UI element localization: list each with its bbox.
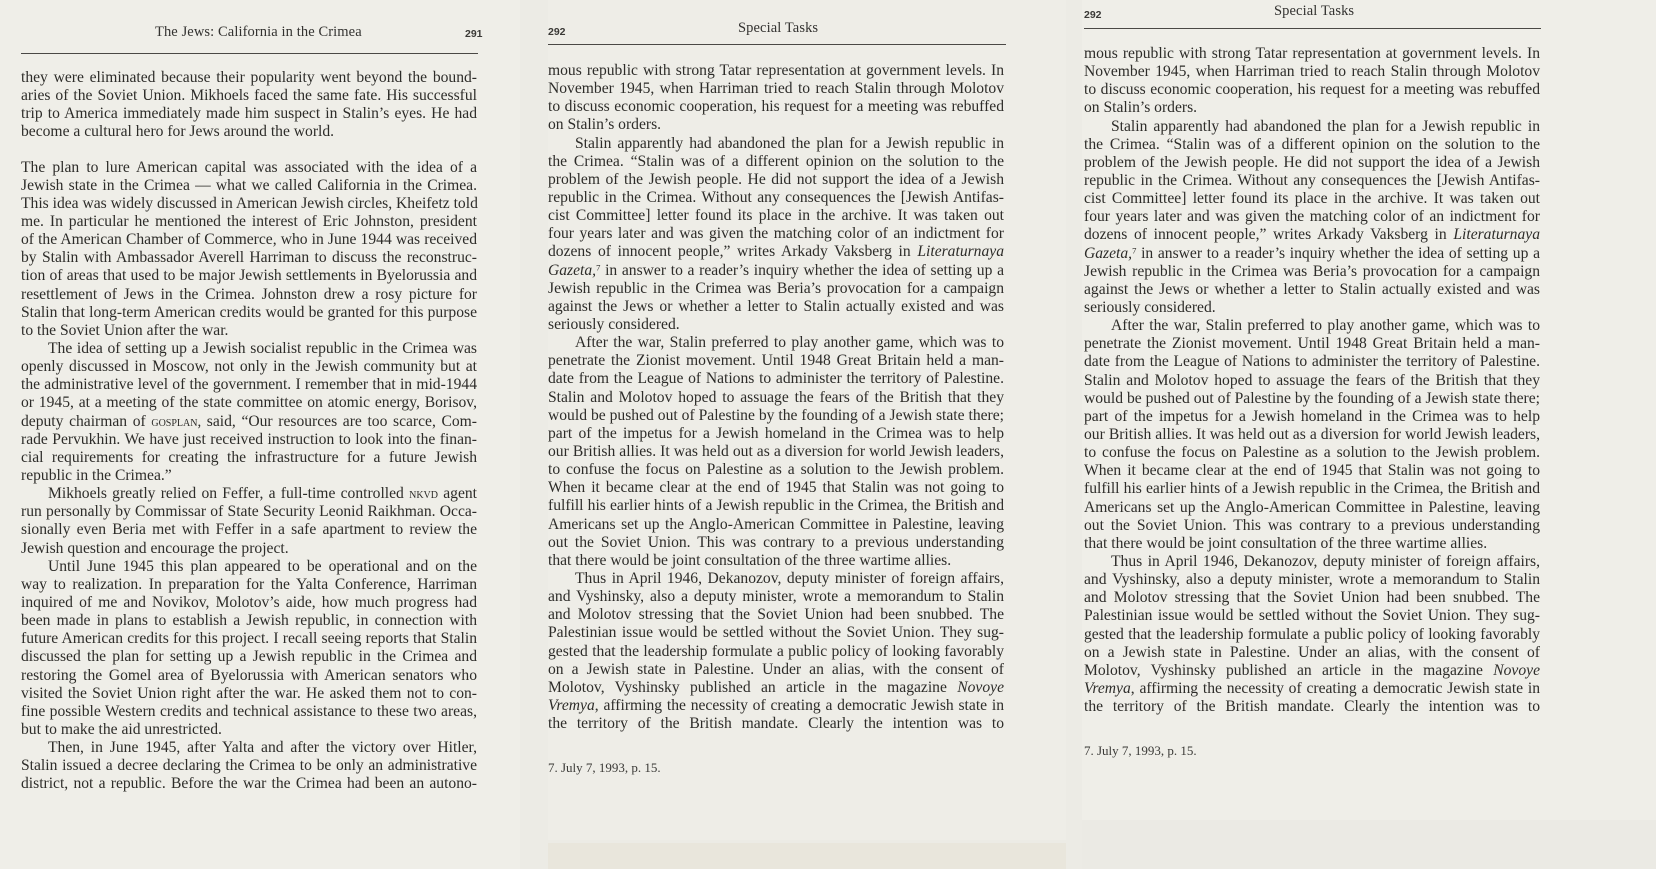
text-line: deputy chairman of gosplan, said, “Our r… — [21, 413, 477, 431]
text-line: to the Soviet Union after the war. — [21, 322, 477, 340]
text-line: Stalin that long-term American credits w… — [21, 304, 477, 322]
text-line: Jewish state in the Crimea — what we cal… — [21, 177, 477, 195]
text-line: Jewish republic in the Crimea was Beria’… — [548, 280, 1004, 298]
text-line: fulfill his earlier hints of a Jewish re… — [1084, 480, 1540, 498]
text-line: of the American Chamber of Commerce, who… — [21, 231, 477, 249]
text-line: way to realization. In preparation for t… — [21, 576, 477, 594]
text-line: against the Jews or whether a letter to … — [548, 298, 1004, 316]
text-line: restoring the Gomel area of Byelorussia … — [21, 667, 477, 685]
text-line: and Vyshinsky, also a deputy minister, w… — [1084, 571, 1540, 589]
text-line: Jewish republic in the Crimea was Beria’… — [1084, 263, 1540, 281]
text-line: run personally by Commissar of State Sec… — [21, 503, 477, 521]
page-number: 292 — [548, 26, 566, 38]
text-line: resettlement of Jews in the Crimea. John… — [21, 286, 477, 304]
text-line: would be pushed out of Palestine by the … — [1084, 390, 1540, 408]
text-line: on a Jewish state in Palestine. Under an… — [548, 661, 1004, 679]
text-line: cial requirements for creating the infra… — [21, 449, 477, 467]
text-line: and Molotov stressing that the Soviet Un… — [1084, 589, 1540, 607]
text-line: our British allies. It was held out as a… — [548, 443, 1004, 461]
text-line: seriously considered. — [1084, 299, 1540, 317]
text-line: date from the League of Nations to admin… — [548, 370, 1004, 388]
body-text: mous republic with strong Tatar represen… — [548, 62, 1004, 733]
text-line: dozens of innocent people,” writes Arkad… — [548, 243, 1004, 261]
text-line: After the war, Stalin preferred to play … — [1084, 317, 1540, 335]
text-line: out the Soviet Union. This was contrary … — [1084, 517, 1540, 535]
text-line: four years later and was given the match… — [548, 225, 1004, 243]
text-line: seriously considered. — [548, 316, 1004, 334]
text-line: November 1945, when Harriman tried to re… — [548, 80, 1004, 98]
text-line: republic in the Crimea.” — [21, 467, 477, 485]
header-rule — [548, 44, 1006, 45]
text-line: gested that the leadership formulate a p… — [1084, 626, 1540, 644]
text-line: Until June 1945 this plan appeared to be… — [21, 558, 477, 576]
page-number: 291 — [465, 28, 483, 40]
text-line: the territory of the British mandate. Cl… — [548, 715, 1004, 733]
text-line: the Crimea. “Stalin was of a different o… — [1084, 136, 1540, 154]
text-line: that there would be joint consultation o… — [548, 552, 1004, 570]
text-line: part of the impetus for a Jewish homelan… — [1084, 408, 1540, 426]
book-page-292-duplicate: 292 Special Tasks mous republic with str… — [1082, 0, 1656, 820]
text-line: fulfill his earlier hints of a Jewish re… — [548, 497, 1004, 515]
text-line: Thus in April 1946, Dekanozov, deputy mi… — [1084, 553, 1540, 571]
text-line: they were eliminated because their popul… — [21, 69, 477, 87]
text-line: our British allies. It was held out as a… — [1084, 426, 1540, 444]
text-line: discussed the plan for setting up a Jewi… — [21, 648, 477, 666]
text-line: mous republic with strong Tatar represen… — [1084, 45, 1540, 63]
text-line: republic in the Crimea. Without any cons… — [1084, 172, 1540, 190]
text-line: Gazeta,7 in answer to a reader’s inquiry… — [548, 262, 1004, 280]
text-line: cist Committee] letter found its place i… — [548, 207, 1004, 225]
text-line: Thus in April 1946, Dekanozov, deputy mi… — [548, 570, 1004, 588]
running-head: Special Tasks — [1274, 3, 1354, 20]
text-line: This idea was widely discussed in Americ… — [21, 195, 477, 213]
text-line: become a cultural hero for Jews around t… — [21, 123, 477, 141]
text-line: sionally even Beria met with Feffer in a… — [21, 521, 477, 539]
text-line: Then, in June 1945, after Yalta and afte… — [21, 739, 477, 757]
text-line: part of the impetus for a Jewish homelan… — [548, 425, 1004, 443]
text-line: Mikhoels greatly relied on Feffer, a ful… — [21, 485, 477, 503]
text-line: When it became clear at the end of 1945 … — [1084, 462, 1540, 480]
text-line: Americans set up the Anglo-American Comm… — [548, 516, 1004, 534]
text-line: district, not a republic. Before the war… — [21, 775, 477, 793]
text-line: penetrate the Zionist movement. Until 19… — [1084, 335, 1540, 353]
text-line: Stalin and Molotov hoped to assuage the … — [1084, 372, 1540, 390]
text-line: on Stalin’s orders. — [1084, 99, 1540, 117]
text-line: Palestinian issue would be settled witho… — [548, 624, 1004, 642]
text-line: and Molotov stressing that the Soviet Un… — [548, 606, 1004, 624]
text-line: four years later and was given the match… — [1084, 208, 1540, 226]
running-head: The Jews: California in the Crimea — [155, 24, 362, 41]
text-line: November 1945, when Harriman tried to re… — [1084, 63, 1540, 81]
text-line: tion of areas that used to be major Jewi… — [21, 267, 477, 285]
text-line: The plan to lure American capital was as… — [21, 159, 477, 177]
text-line: on Stalin’s orders. — [548, 116, 1004, 134]
text-line: dozens of innocent people,” writes Arkad… — [1084, 226, 1540, 244]
text-line: cist Committee] letter found its place i… — [1084, 190, 1540, 208]
text-line: me. In particular he mentioned the inter… — [21, 213, 477, 231]
text-line: Americans set up the Anglo-American Comm… — [1084, 499, 1540, 517]
text-line: When it became clear at the end of 1945 … — [548, 479, 1004, 497]
text-line: Stalin and Molotov hoped to assuage the … — [548, 389, 1004, 407]
text-line: to confuse the focus on Palestine as a s… — [548, 461, 1004, 479]
text-line: Jewish question and encourage the projec… — [21, 540, 477, 558]
footnote: 7. July 7, 1993, p. 15. — [1084, 743, 1197, 759]
text-line: republic in the Crimea. Without any cons… — [548, 189, 1004, 207]
text-line: to discuss economic cooperation, his req… — [548, 98, 1004, 116]
page-edge-bottom — [1082, 820, 1656, 869]
text-line: Vremya, affirming the necessity of creat… — [548, 697, 1004, 715]
body-text: they were eliminated because their popul… — [21, 69, 477, 793]
text-line: Stalin apparently had abandoned the plan… — [548, 135, 1004, 153]
text-line: Stalin apparently had abandoned the plan… — [1084, 118, 1540, 136]
page-edge-bottom — [548, 843, 1066, 869]
text-line: mous republic with strong Tatar represen… — [548, 62, 1004, 80]
book-page-292: 292 Special Tasks mous republic with str… — [548, 0, 1066, 840]
text-line: trip to America immediately made him sus… — [21, 105, 477, 123]
body-text: mous republic with strong Tatar represen… — [1084, 45, 1540, 716]
text-line: visited the Soviet Union right after the… — [21, 685, 477, 703]
book-page-291: The Jews: California in the Crimea 291 t… — [0, 0, 520, 869]
text-line: the Crimea. “Stalin was of a different o… — [548, 153, 1004, 171]
header-rule — [21, 53, 478, 54]
text-line: out the Soviet Union. This was contrary … — [548, 534, 1004, 552]
footnote: 7. July 7, 1993, p. 15. — [548, 760, 661, 776]
text-line: to discuss economic cooperation, his req… — [1084, 81, 1540, 99]
text-line: the administrative level of the governme… — [21, 376, 477, 394]
text-line: the territory of the British mandate. Cl… — [1084, 698, 1540, 716]
text-line: Palestinian issue would be settled witho… — [1084, 607, 1540, 625]
text-line: that there would be joint consultation o… — [1084, 535, 1540, 553]
text-line: After the war, Stalin preferred to play … — [548, 334, 1004, 352]
text-line: Molotov, Vyshinsky published an article … — [1084, 662, 1540, 680]
text-line: problem of the Jewish people. He did not… — [548, 171, 1004, 189]
page-number: 292 — [1084, 9, 1102, 21]
text-line: Vremya, affirming the necessity of creat… — [1084, 680, 1540, 698]
text-line: against the Jews or whether a letter to … — [1084, 281, 1540, 299]
text-line: been made in plans to establish a Jewish… — [21, 612, 477, 630]
text-line: Stalin issued a decree declaring the Cri… — [21, 757, 477, 775]
text-line: would be pushed out of Palestine by the … — [548, 407, 1004, 425]
text-line: Molotov, Vyshinsky published an article … — [548, 679, 1004, 697]
text-line: Gazeta,7 in answer to a reader’s inquiry… — [1084, 245, 1540, 263]
text-line: and Vyshinsky, also a deputy minister, w… — [548, 588, 1004, 606]
text-line: on a Jewish state in Palestine. Under an… — [1084, 644, 1540, 662]
text-line: fine possible Western credits and techni… — [21, 703, 477, 721]
text-line: to confuse the focus on Palestine as a s… — [1084, 444, 1540, 462]
text-line: penetrate the Zionist movement. Until 19… — [548, 352, 1004, 370]
text-line: date from the League of Nations to admin… — [1084, 353, 1540, 371]
text-line: but to make the aid unrestricted. — [21, 721, 477, 739]
text-line: gested that the leadership formulate a p… — [548, 643, 1004, 661]
text-line: problem of the Jewish people. He did not… — [1084, 154, 1540, 172]
text-line: aries of the Soviet Union. Mikhoels face… — [21, 87, 477, 105]
text-line: future American credits for this project… — [21, 630, 477, 648]
text-line: by Stalin with Ambassador Averell Harrim… — [21, 249, 477, 267]
running-head: Special Tasks — [738, 20, 818, 37]
text-line: openly discussed in Moscow, not only in … — [21, 358, 477, 376]
text-line: or 1945, at a meeting of the state commi… — [21, 394, 477, 412]
header-rule — [1084, 28, 1541, 29]
text-line: inquired of me and Novikov, Molotov’s ai… — [21, 594, 477, 612]
text-line: rade Pervukhin. We have just received in… — [21, 431, 477, 449]
text-line: The idea of setting up a Jewish socialis… — [21, 340, 477, 358]
